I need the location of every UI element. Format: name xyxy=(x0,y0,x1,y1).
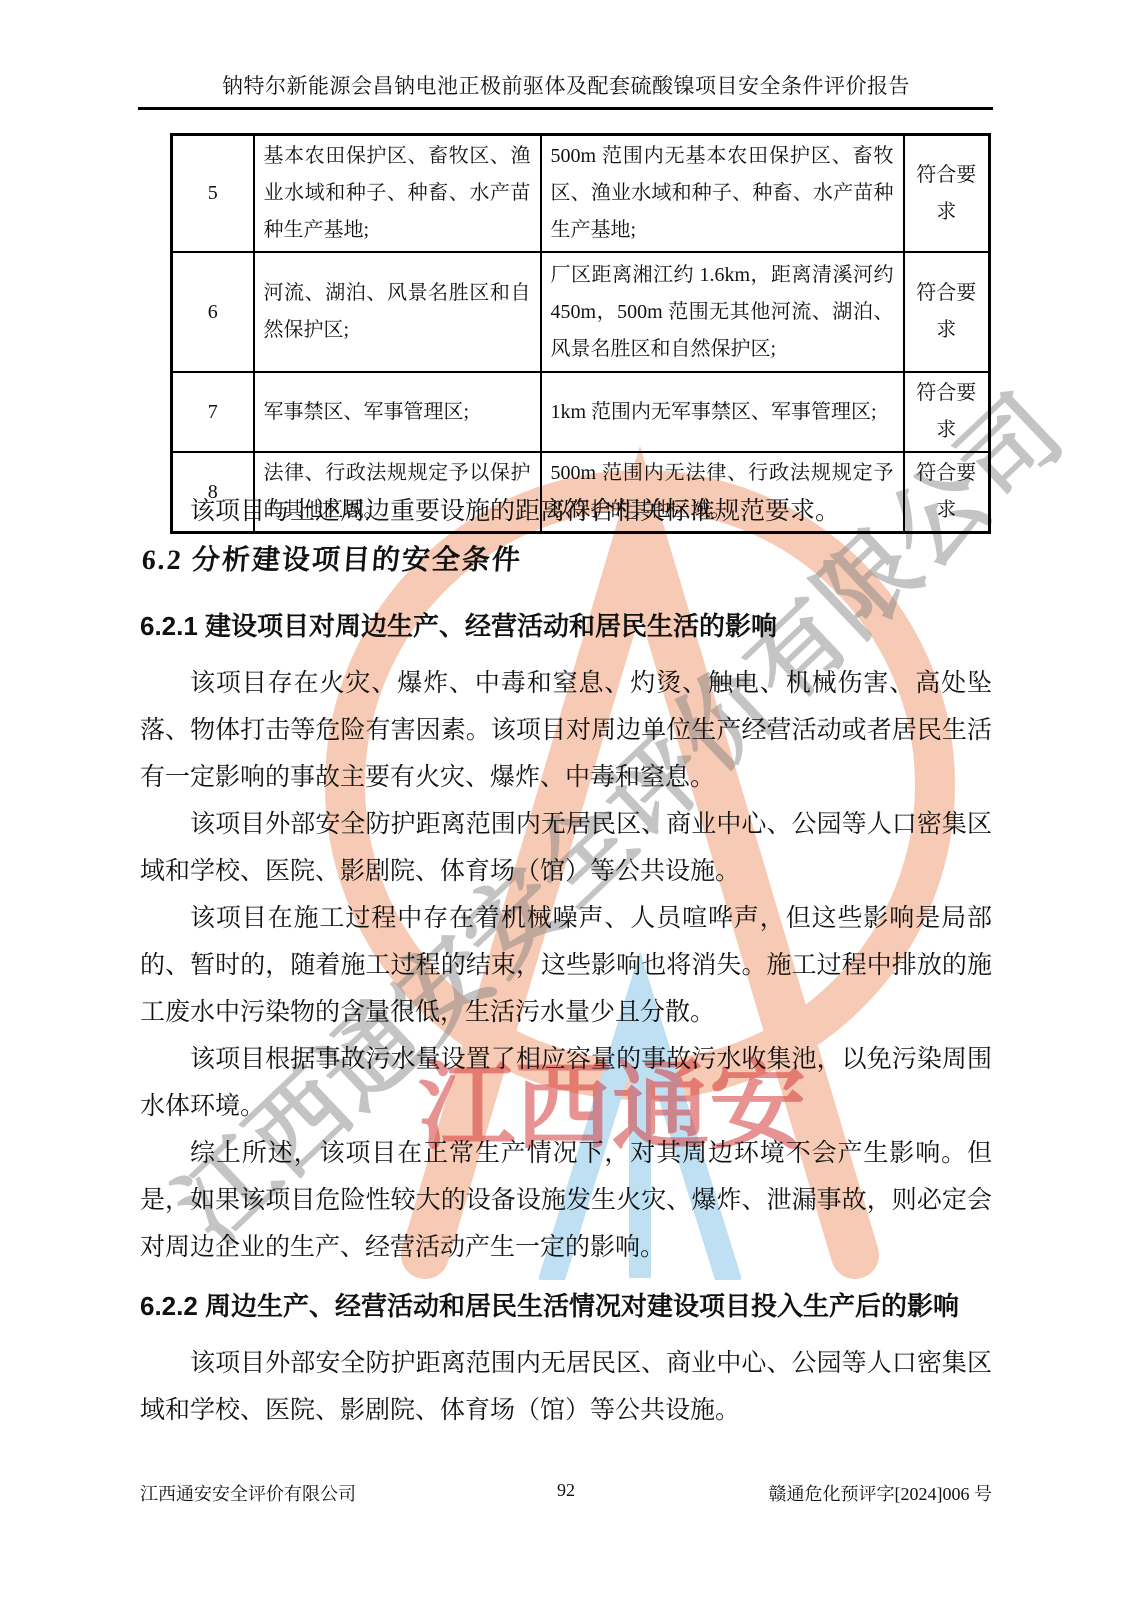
table-row: 7 军事禁区、军事管理区; 1km 范围内无军事禁区、军事管理区; 符合要求 xyxy=(172,372,990,452)
safety-condition-table: 5 基本农田保护区、畜牧区、渔业水域和种子、种畜、水产苗种生产基地; 500m … xyxy=(170,133,991,534)
document-page: 江西通安安全评价有限公司 江西通安 钠特尔新能源会昌钠电池正极前驱体及配套硫酸镍… xyxy=(0,0,1131,1600)
footer-company-name: 江西通安安全评价有限公司 xyxy=(140,1480,356,1506)
conclusion-cell: 符合要求 xyxy=(904,372,990,452)
actual-condition-cell: 1km 范围内无军事禁区、军事管理区; xyxy=(541,372,904,452)
requirement-cell: 河流、湖泊、风景名胜区和自然保护区; xyxy=(254,252,541,372)
section-6-2-1-heading: 6.2.1 建设项目对周边生产、经营活动和居民生活的影响 xyxy=(140,606,1020,643)
page-footer: 92 江西通安安全评价有限公司 赣通危化预评字[2024]006 号 xyxy=(140,1480,992,1506)
report-header-title: 钠特尔新能源会昌钠电池正极前驱体及配套硫酸镍项目安全条件评价报告 xyxy=(140,70,992,100)
actual-condition-cell: 500m 范围内无基本农田保护区、畜牧区、渔业水域和种子、种畜、水产苗种生产基地… xyxy=(541,135,904,253)
row-number-cell: 7 xyxy=(172,372,254,452)
paragraph: 该项目外部安全防护距离范围内无居民区、商业中心、公园等人口密集区域和学校、医院、… xyxy=(140,801,992,895)
table-row: 5 基本农田保护区、畜牧区、渔业水域和种子、种畜、水产苗种生产基地; 500m … xyxy=(172,135,990,253)
conclusion-cell: 符合要求 xyxy=(904,135,990,253)
requirement-cell: 军事禁区、军事管理区; xyxy=(254,372,541,452)
page-content: 钠特尔新能源会昌钠电池正极前驱体及配套硫酸镍项目安全条件评价报告 5 基本农田保… xyxy=(0,0,1131,1600)
paragraph: 该项目存在火灾、爆炸、中毒和窒息、灼烫、触电、机械伤害、高处坠落、物体打击等危险… xyxy=(140,660,992,801)
actual-condition-cell: 厂区距离湘江约 1.6km，距离清溪河约 450m，500m 范围无其他河流、湖… xyxy=(541,252,904,372)
row-number-cell: 6 xyxy=(172,252,254,372)
section-6-2-1-body: 该项目存在火灾、爆炸、中毒和窒息、灼烫、触电、机械伤害、高处坠落、物体打击等危险… xyxy=(140,660,992,1271)
header-divider-line xyxy=(138,107,993,110)
requirement-cell: 基本农田保护区、畜牧区、渔业水域和种子、种畜、水产苗种生产基地; xyxy=(254,135,541,253)
section-6-2-2-heading: 6.2.2 周边生产、经营活动和居民生活情况对建设项目投入生产后的影响 xyxy=(140,1286,1010,1323)
section-6-2-heading: 6.2 分析建设项目的安全条件 xyxy=(141,538,1024,578)
conclusion-cell: 符合要求 xyxy=(904,252,990,372)
paragraph: 该项目在施工过程中存在着机械噪声、人员喧哗声，但这些影响是局部的、暂时的，随着施… xyxy=(140,895,992,1036)
paragraph: 该项目根据事故污水量设置了相应容量的事故污水收集池，以免污染周围水体环境。 xyxy=(140,1036,992,1130)
table-row: 6 河流、湖泊、风景名胜区和自然保护区; 厂区距离湘江约 1.6km，距离清溪河… xyxy=(172,252,990,372)
row-number-cell: 5 xyxy=(172,135,254,253)
paragraph: 综上所述，该项目在正常生产情况下，对其周边环境不会产生影响。但是，如果该项目危险… xyxy=(140,1130,992,1271)
table-summary-paragraph: 该项目与上述周边重要设施的距离符合相关标准规范要求。 xyxy=(140,492,992,532)
footer-doc-number: 赣通危化预评字[2024]006 号 xyxy=(769,1480,993,1506)
section-6-2-2-paragraph: 该项目外部安全防护距离范围内无居民区、商业中心、公园等人口密集区域和学校、医院、… xyxy=(140,1340,992,1434)
